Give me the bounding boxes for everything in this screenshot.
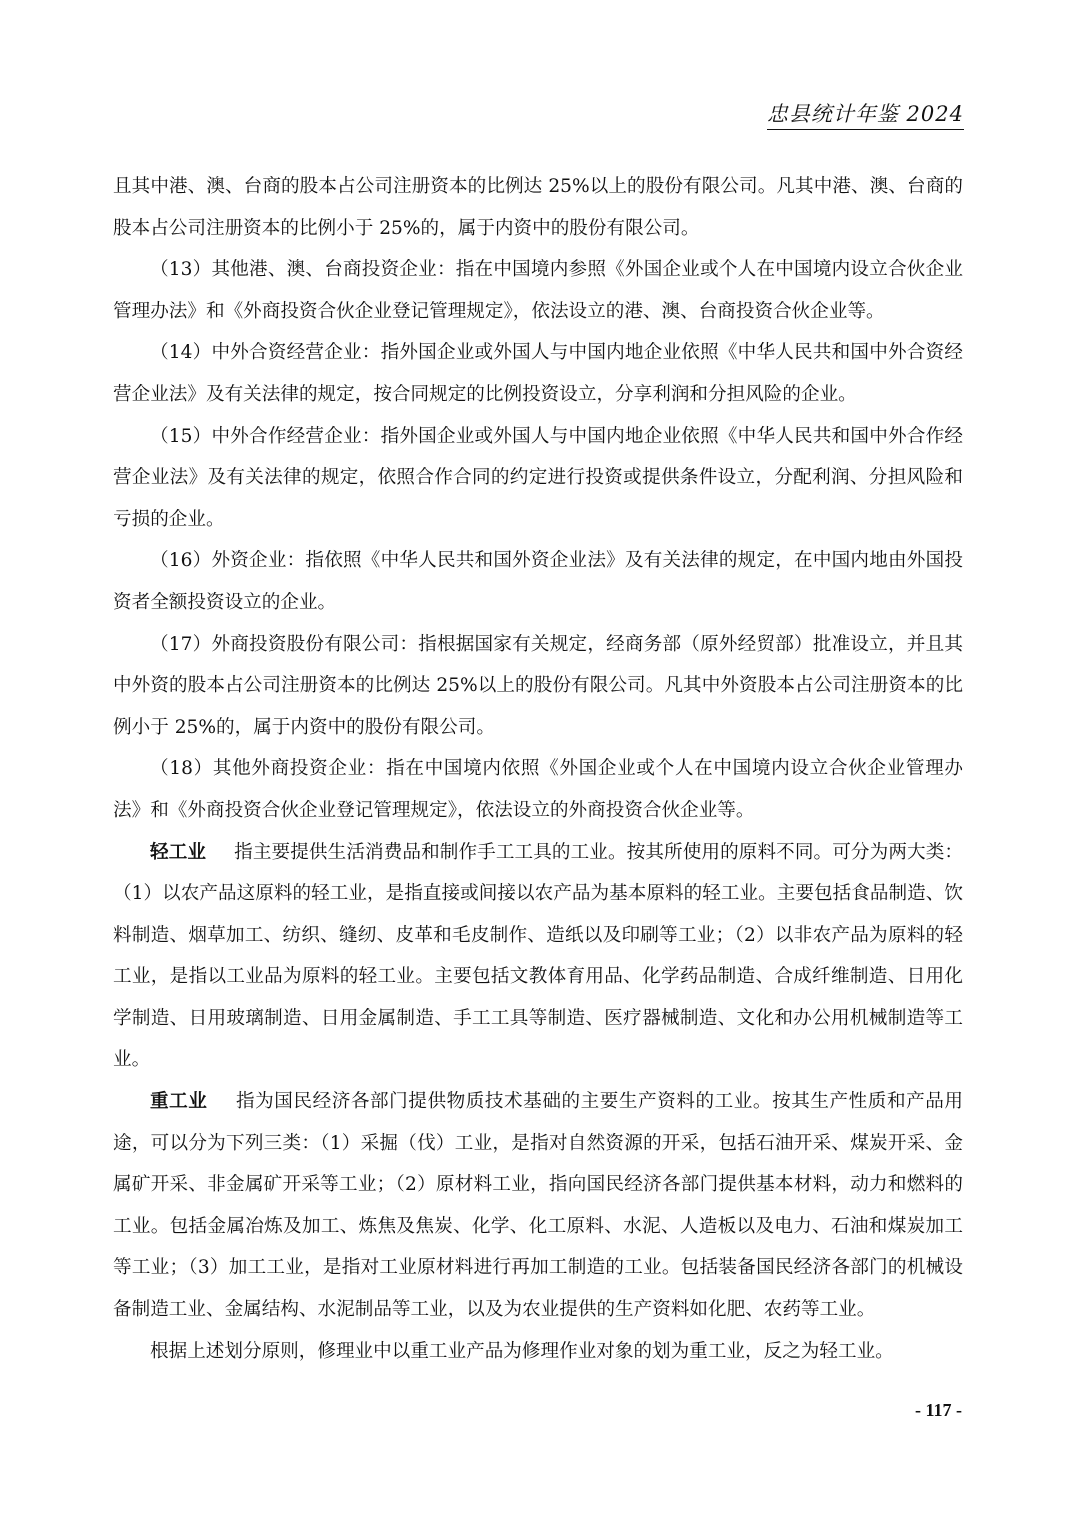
document-body: 且其中港、澳、台商的股本占公司注册资本的比例达 25%以上的股份有限公司。凡其中… [113,166,963,1372]
page-number: - 117 - [915,1400,962,1421]
paragraph-heavy-industry: 重工业指为国民经济各部门提供物质技术基础的主要生产资料的工业。按其生产性质和产品… [113,1081,963,1331]
paragraph-continuation: 且其中港、澳、台商的股本占公司注册资本的比例达 25%以上的股份有限公司。凡其中… [113,166,963,249]
paragraph-item-15: （15）中外合作经营企业：指外国企业或外国人与中国内地企业依照《中华人民共和国中… [113,416,963,541]
paragraph-item-16: （16）外资企业：指依照《中华人民共和国外资企业法》及有关法律的规定，在中国内地… [113,540,963,623]
paragraph-item-17: （17）外商投资股份有限公司：指根据国家有关规定，经商务部（原外经贸部）批准设立… [113,624,963,749]
running-header-title: 忠县统计年鉴 2024 [767,100,964,130]
definition-heavy-industry: 指为国民经济各部门提供物质技术基础的主要生产资料的工业。按其生产性质和产品用途，… [113,1091,963,1320]
term-heavy-industry: 重工业 [150,1091,207,1112]
paragraph-item-14: （14）中外合资经营企业：指外国企业或外国人与中国内地企业依照《中华人民共和国中… [113,332,963,415]
paragraph-closing: 根据上述划分原则，修理业中以重工业产品为修理作业对象的划为重工业，反之为轻工业。 [113,1331,963,1373]
term-light-industry: 轻工业 [150,842,206,863]
definition-light-industry: 指主要提供生活消费品和制作手工工具的工业。按其所使用的原料不同。可分为两大类：（… [113,842,963,1071]
paragraph-light-industry: 轻工业指主要提供生活消费品和制作手工工具的工业。按其所使用的原料不同。可分为两大… [113,832,963,1082]
paragraph-item-18: （18）其他外商投资企业：指在中国境内依照《外国企业或个人在中国境内设立合伙企业… [113,748,963,831]
paragraph-item-13: （13）其他港、澳、台商投资企业：指在中国境内参照《外国企业或个人在中国境内设立… [113,249,963,332]
